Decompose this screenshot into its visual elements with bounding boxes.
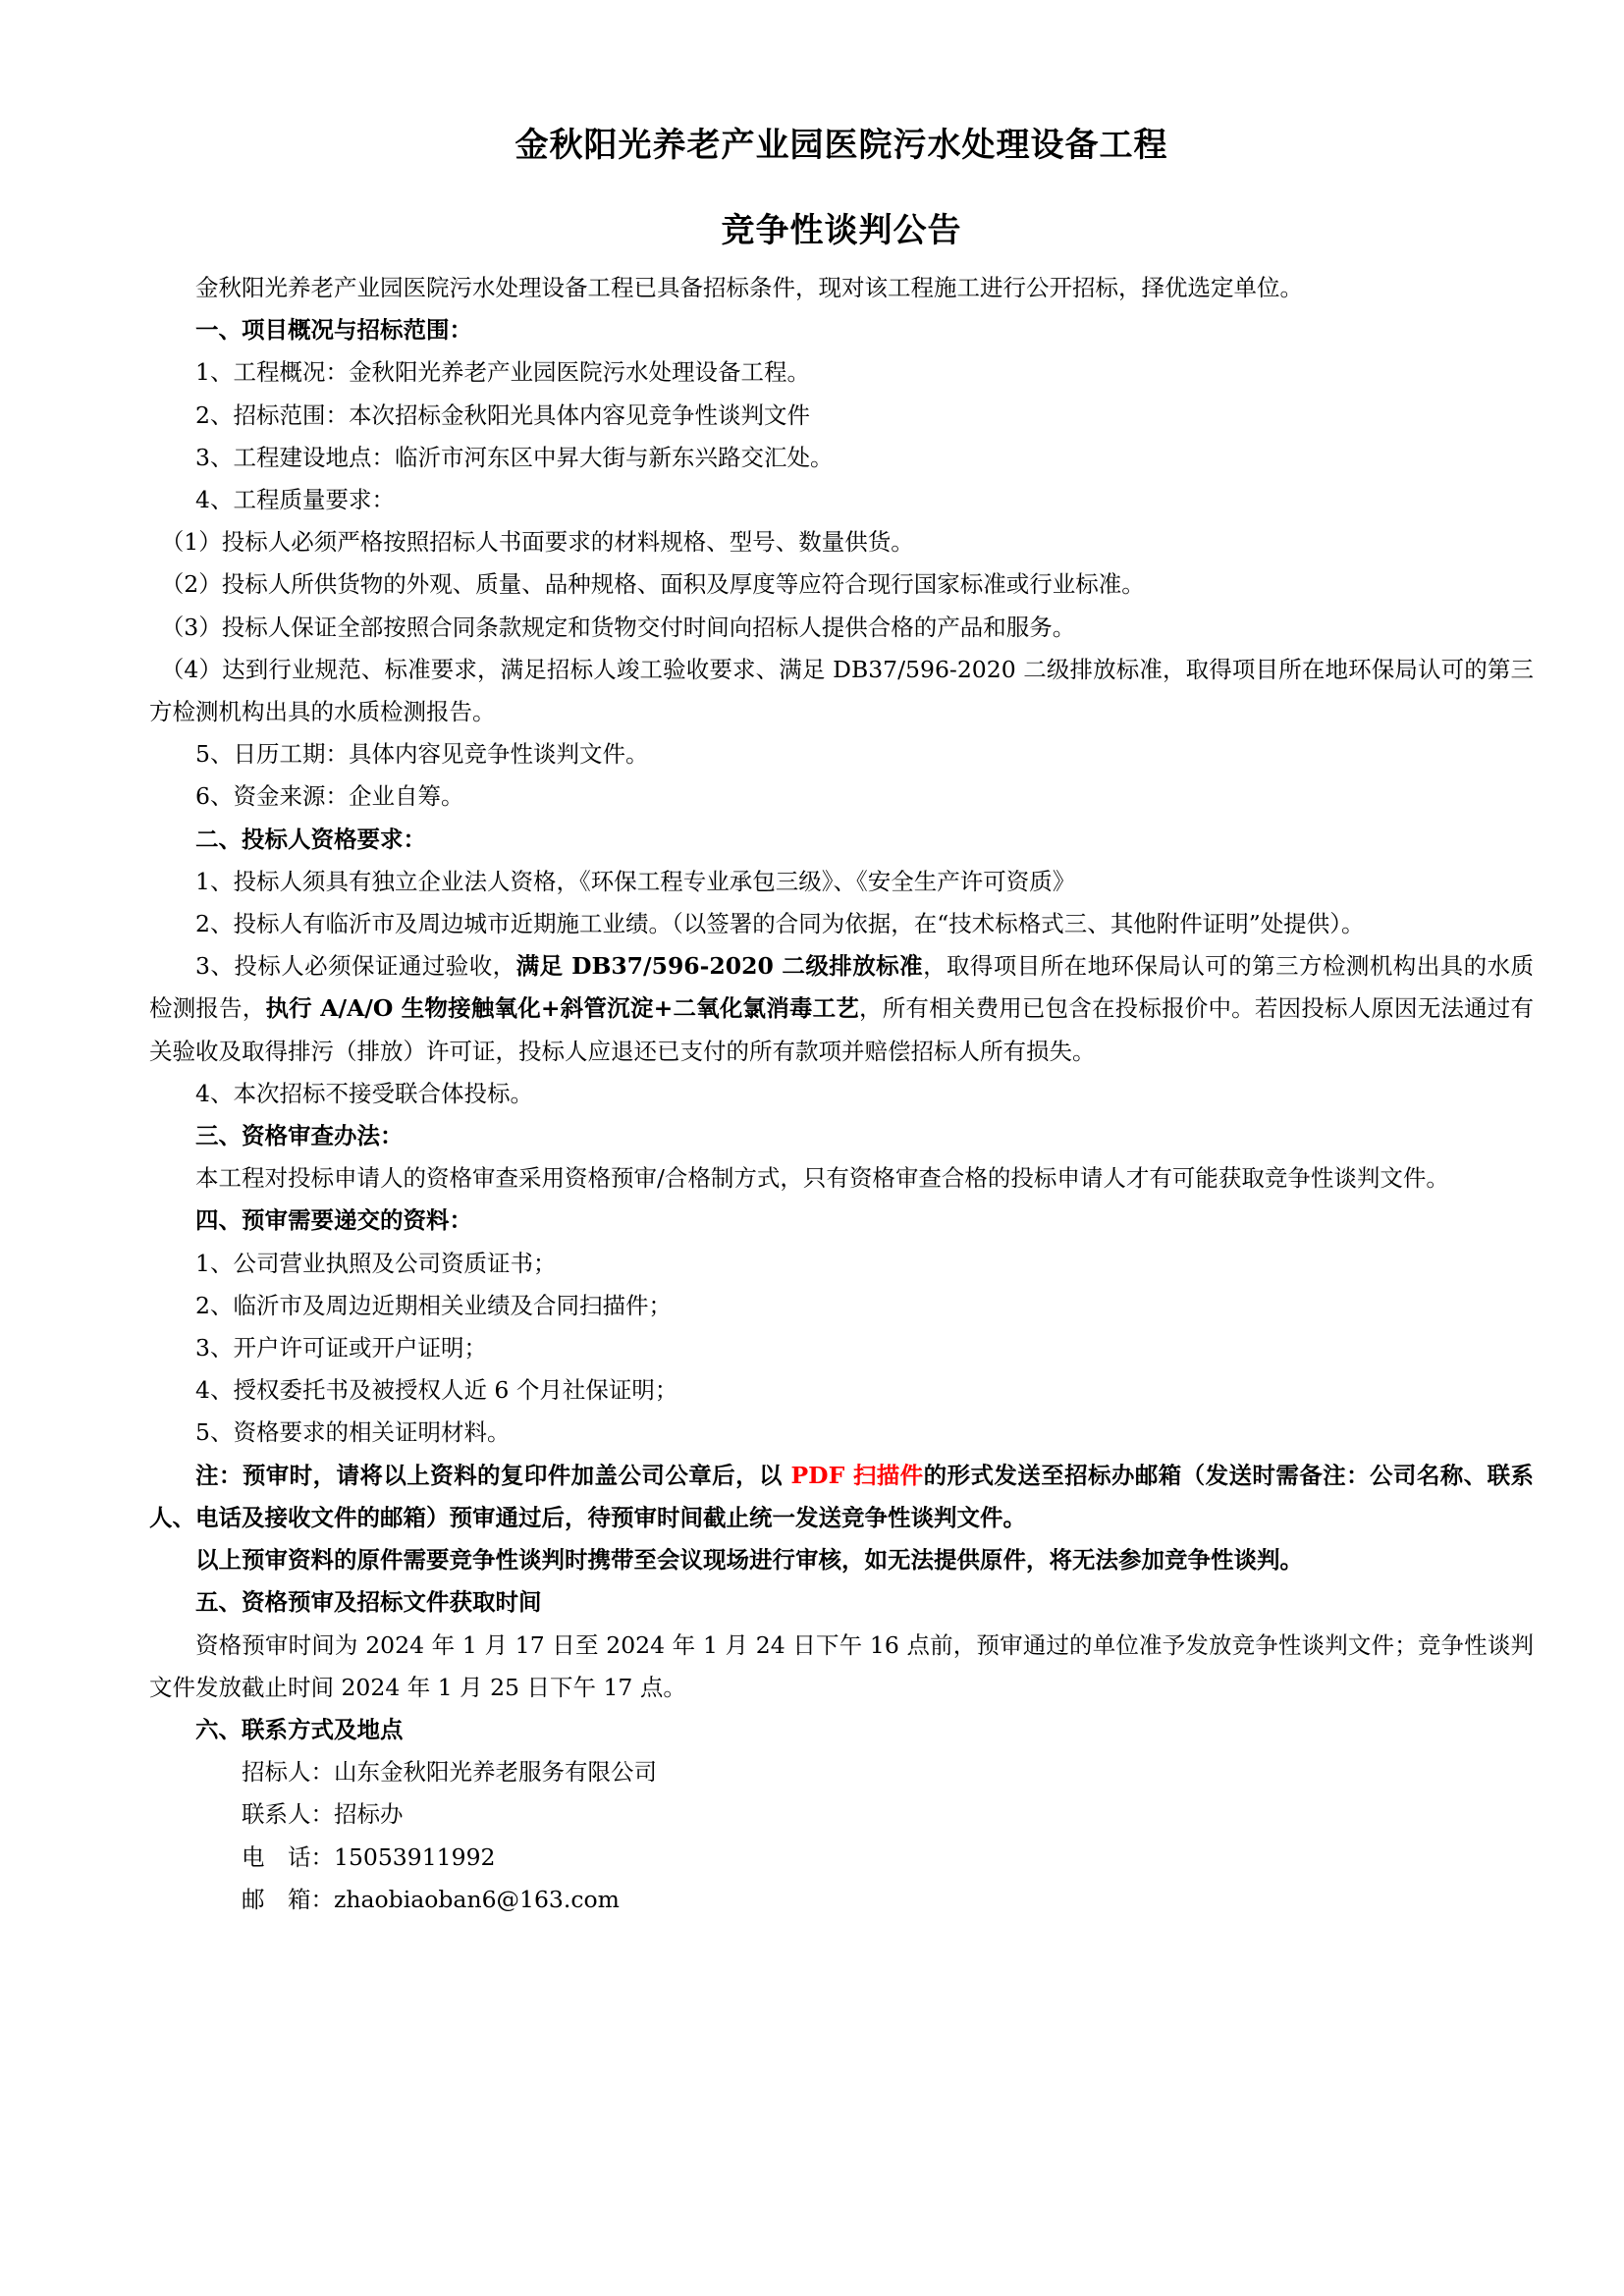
section2-item3-text-1: 3、投标人必须保证通过验收，: [195, 952, 516, 980]
section2-item-3: 3、投标人必须保证通过验收，满足 DB37/596-2020 二级排放标准，取得…: [149, 945, 1534, 1073]
contact-label: 联系人：: [195, 1793, 334, 1836]
section1-subitem-3: （3）投标人保证全部按照合同条款规定和货物交付时间向招标人提供合格的产品和服务。: [149, 607, 1534, 649]
section1-item-6: 6、资金来源：企业自筹。: [149, 775, 1534, 818]
section1-subitem-4: （4）达到行业规范、标准要求，满足招标人竣工验收要求、满足 DB37/596-2…: [149, 649, 1534, 733]
document-subtitle: 竞争性谈判公告: [149, 203, 1534, 251]
section2-item-2: 2、投标人有临沂市及周边城市近期施工业绩。（以签署的合同为依据，在“技术标格式三…: [149, 903, 1534, 945]
section3-text: 本工程对投标申请人的资格审查采用资格预审/合格制方式，只有资格审查合格的投标申请…: [149, 1157, 1534, 1200]
submission-note: 注：预审时，请将以上资料的复印件加盖公司公章后，以 PDF 扫描件的形式发送至招…: [149, 1455, 1534, 1539]
section1-item-1: 1、工程概况：金秋阳光养老产业园医院污水处理设备工程。: [149, 351, 1534, 394]
section-heading-3: 三、资格审查办法：: [149, 1115, 1534, 1157]
tenderer-name: 山东金秋阳光养老服务有限公司: [334, 1758, 657, 1786]
section1-item-3: 3、工程建设地点：临沂市河东区中昇大街与新东兴路交汇处。: [149, 437, 1534, 479]
contact-person-name: 招标办: [334, 1800, 404, 1828]
contact-tenderer: 招标人：山东金秋阳光养老服务有限公司: [149, 1751, 1534, 1793]
section4-item-2: 2、临沂市及周边近期相关业绩及合同扫描件；: [149, 1285, 1534, 1327]
section4-item-1: 1、公司营业执照及公司资质证书；: [149, 1243, 1534, 1285]
section2-item-4: 4、本次招标不接受联合体投标。: [149, 1073, 1534, 1115]
emission-standard-emphasis: 满足 DB37/596-2020 二级排放标准: [516, 952, 923, 980]
section1-item-2: 2、招标范围：本次招标金秋阳光具体内容见竞争性谈判文件: [149, 395, 1534, 437]
note-text-1: 注：预审时，请将以上资料的复印件加盖公司公章后，以: [195, 1462, 791, 1489]
pdf-scan-highlight: PDF 扫描件: [791, 1462, 924, 1489]
email-address: zhaobiaoban6@163.com: [334, 1886, 620, 1913]
phone-number: 15053911992: [334, 1843, 495, 1871]
contact-person: 联系人：招标办: [149, 1793, 1534, 1836]
document-body: 金秋阳光养老产业园医院污水处理设备工程已具备招标条件，现对该工程施工进行公开招标…: [149, 267, 1534, 1921]
section1-subitem-2: （2）投标人所供货物的外观、质量、品种规格、面积及厚度等应符合现行国家标准或行业…: [149, 563, 1534, 606]
section4-item-3: 3、开户许可证或开户证明；: [149, 1327, 1534, 1369]
contact-label: 电 话：: [195, 1837, 334, 1879]
section-heading-5: 五、资格预审及招标文件获取时间: [149, 1581, 1534, 1624]
document-title: 金秋阳光养老产业园医院污水处理设备工程: [149, 118, 1534, 166]
section-heading-2: 二、投标人资格要求：: [149, 819, 1534, 861]
section5-text: 资格预审时间为 2024 年 1 月 17 日至 2024 年 1 月 24 日…: [149, 1625, 1534, 1709]
section1-item-4: 4、工程质量要求：: [149, 479, 1534, 521]
section-heading-4: 四、预审需要递交的资料：: [149, 1200, 1534, 1242]
section-heading-1: 一、项目概况与招标范围：: [149, 309, 1534, 351]
contact-phone: 电 话：15053911992: [149, 1837, 1534, 1879]
contact-label: 招标人：: [195, 1751, 334, 1793]
contact-label: 邮 箱：: [195, 1879, 334, 1921]
section-heading-6: 六、联系方式及地点: [149, 1709, 1534, 1751]
process-emphasis: 执行 A/A/O 生物接触氧化+斜管沉淀+二氧化氯消毒工艺: [265, 994, 859, 1022]
intro-paragraph: 金秋阳光养老产业园医院污水处理设备工程已具备招标条件，现对该工程施工进行公开招标…: [149, 267, 1534, 309]
section2-item-1: 1、投标人须具有独立企业法人资格，《环保工程专业承包三级》、《安全生产许可资质》: [149, 861, 1534, 903]
originals-note: 以上预审资料的原件需要竞争性谈判时携带至会议现场进行审核，如无法提供原件，将无法…: [149, 1539, 1534, 1581]
section1-subitem-1: （1）投标人必须严格按照招标人书面要求的材料规格、型号、数量供货。: [149, 521, 1534, 563]
section4-item-5: 5、资格要求的相关证明材料。: [149, 1412, 1534, 1454]
section4-item-4: 4、授权委托书及被授权人近 6 个月社保证明；: [149, 1369, 1534, 1412]
section1-item-5: 5、日历工期：具体内容见竞争性谈判文件。: [149, 733, 1534, 775]
contact-email: 邮 箱：zhaobiaoban6@163.com: [149, 1879, 1534, 1921]
